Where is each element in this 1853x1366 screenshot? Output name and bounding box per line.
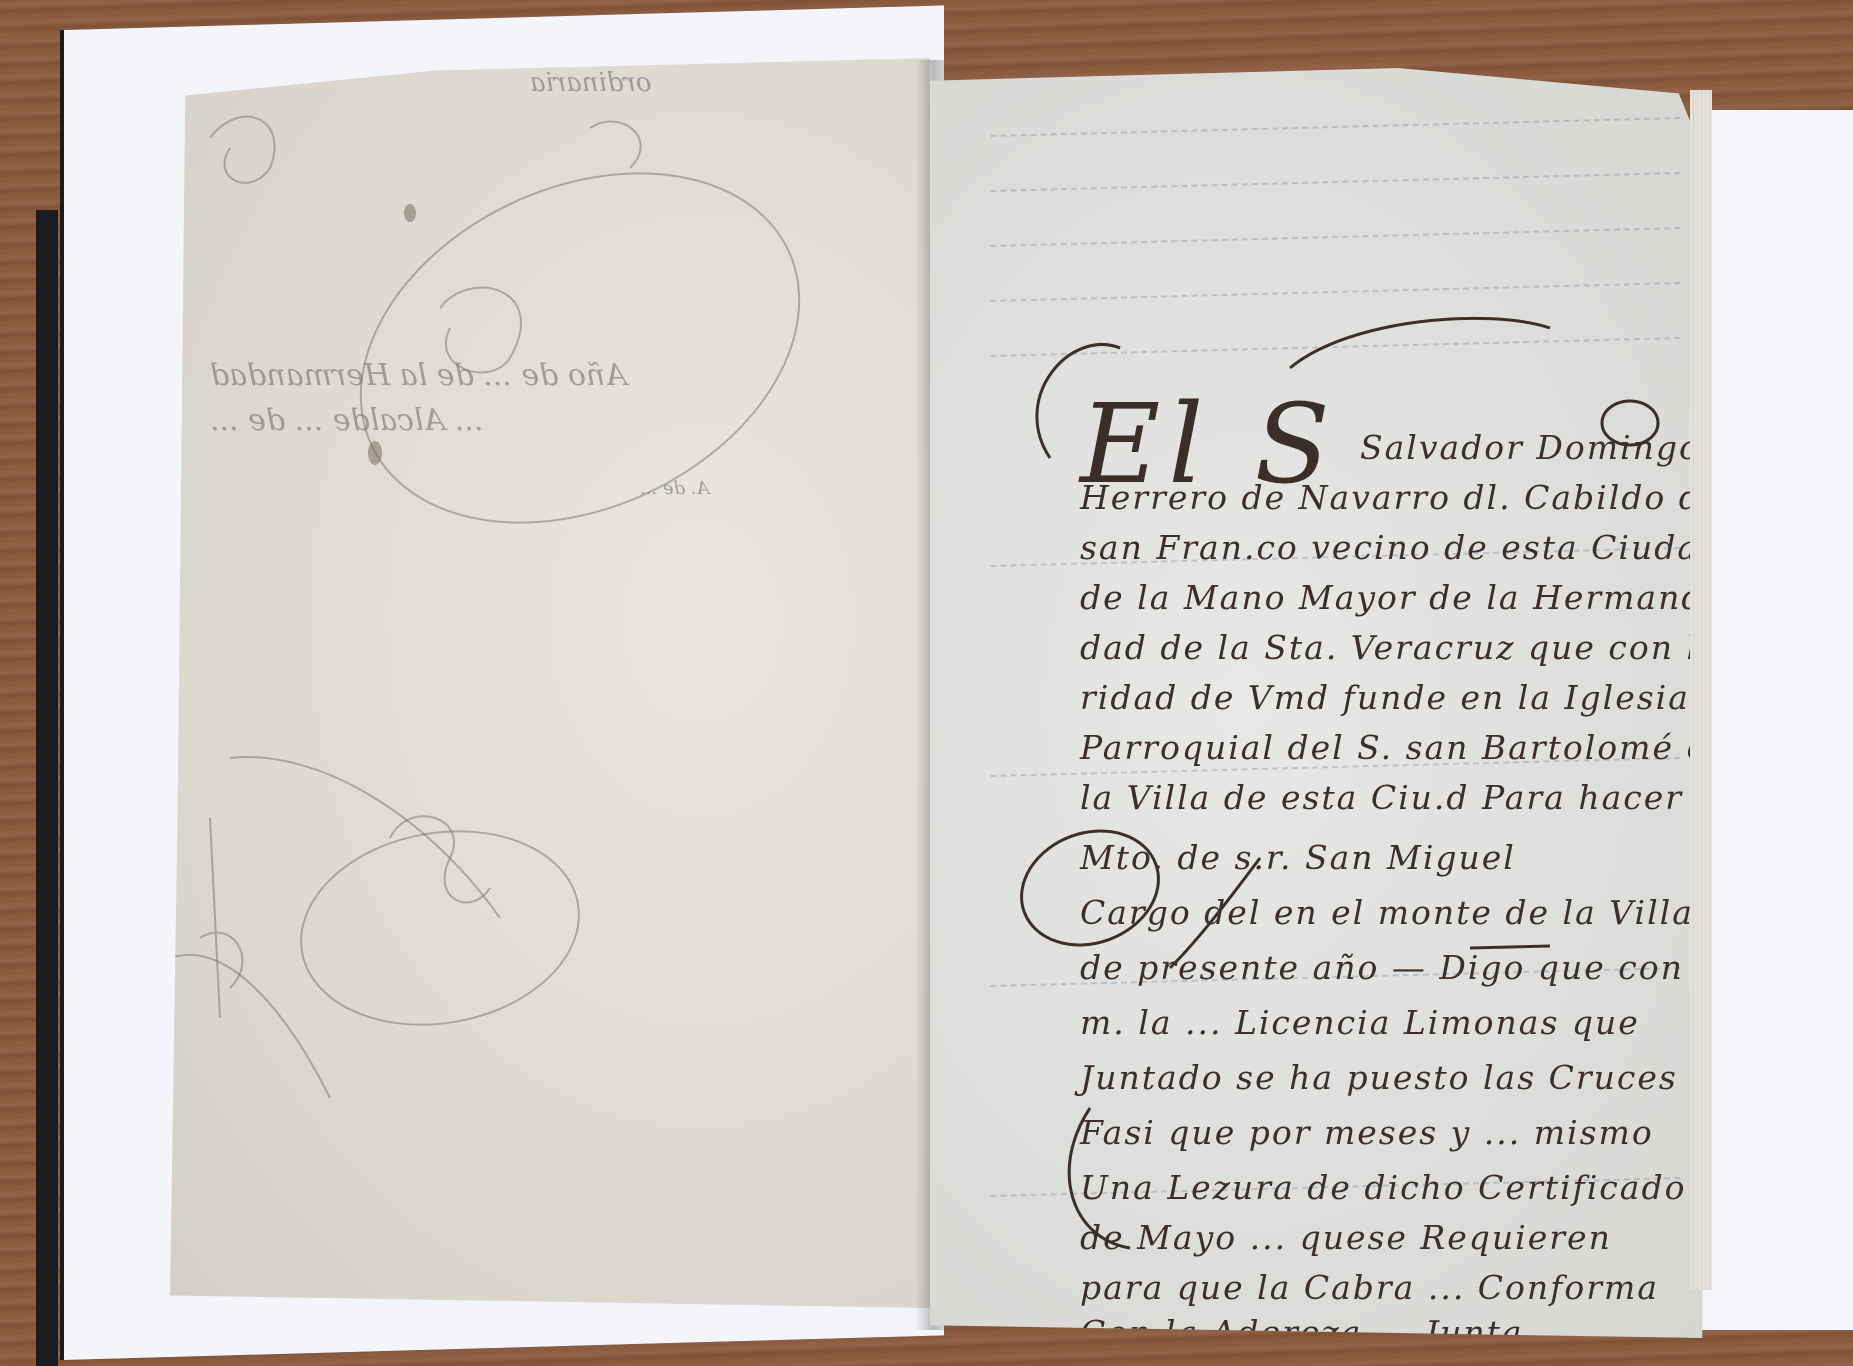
left-bleed-flourishes <box>170 58 930 1308</box>
binder-strip <box>36 210 58 1366</box>
folder-right-flap <box>1700 110 1853 1330</box>
left-page: ordinaria Año de ... de la Hermandad ...… <box>170 58 930 1308</box>
right-page: El S Salvador Domingo Herrero de Navarro… <box>930 68 1710 1338</box>
right-ink-flourishes <box>930 68 1710 1338</box>
page-stack-edge <box>1690 90 1712 1290</box>
